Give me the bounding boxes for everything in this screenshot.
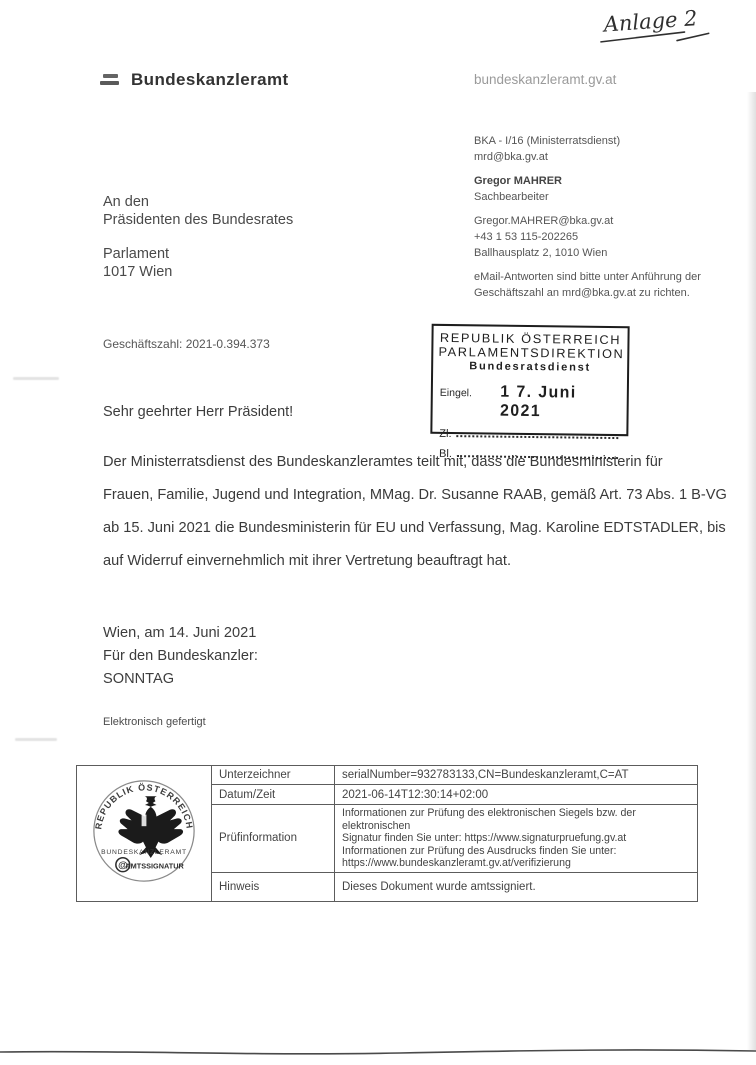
page-edge-shadow: [747, 92, 756, 1050]
contact-note: eMail-Antworten sind bitte unter Anführu…: [474, 269, 701, 301]
scan-smudge: [13, 377, 59, 380]
sig-row-value: Dieses Dokument wurde amtssigniert.: [335, 872, 698, 901]
contact-name: Gregor MAHRER: [474, 173, 701, 189]
contact-phone: +43 1 53 115-202265: [474, 229, 701, 245]
recipient-line4: 1017 Wien: [103, 263, 293, 281]
recipient-block: An den Präsidenten des Bundesrates Parla…: [103, 193, 293, 281]
signer-name: SONNTAG: [103, 668, 258, 691]
sig-row-label: Prüfinformation: [212, 805, 335, 873]
reference-number: Geschäftszahl: 2021-0.394.373: [103, 337, 270, 351]
contact-address: Ballhausplatz 2, 1010 Wien: [474, 245, 701, 261]
org-title: Bundeskanzleramt: [131, 70, 289, 90]
seal-bottom-text: AMTSSIGNATUR: [125, 862, 184, 871]
signer-intro: Für den Bundeskanzler:: [103, 645, 258, 668]
table-row: REPUBLIK ÖSTERREICH BUNDESKANZLERAMT @ A…: [77, 766, 698, 785]
receipt-stamp: REPUBLIK ÖSTERREICH PARLAMENTSDIREKTION …: [430, 324, 629, 436]
contact-unit-email: mrd@bka.gv.at: [474, 149, 701, 165]
sig-row-value: serialNumber=932783133,CN=Bundeskanzlera…: [335, 766, 698, 785]
official-seal-cell: REPUBLIK ÖSTERREICH BUNDESKANZLERAMT @ A…: [77, 766, 212, 902]
contact-email: Gregor.MAHRER@bka.gv.at: [474, 213, 701, 229]
official-seal: REPUBLIK ÖSTERREICH BUNDESKANZLERAMT @ A…: [91, 778, 197, 884]
scan-smudge: [15, 738, 57, 741]
signature-table: REPUBLIK ÖSTERREICH BUNDESKANZLERAMT @ A…: [76, 765, 698, 902]
contact-block: BKA - I/16 (Ministerratsdienst) mrd@bka.…: [474, 133, 701, 301]
salutation: Sehr geehrter Herr Präsident!: [103, 404, 293, 420]
stamp-zl-dotted-line: [457, 435, 619, 439]
page-bottom-scan-line: [0, 1042, 756, 1062]
closing-block: Wien, am 14. Juni 2021 Für den Bundeskan…: [103, 622, 258, 691]
stamp-received-label: Eingel.: [440, 387, 472, 399]
sig-row-label: Hinweis: [212, 872, 335, 901]
contact-role: Sachbearbeiter: [474, 189, 701, 205]
place-date: Wien, am 14. Juni 2021: [103, 622, 258, 645]
recipient-line3: Parlament: [103, 245, 293, 263]
sig-row-label: Datum/Zeit: [212, 785, 335, 805]
stamp-zl-label: Zl.: [439, 428, 451, 440]
body-paragraph: Der Ministerratsdienst des Bundeskanzler…: [103, 446, 748, 578]
scanned-letter-page: Anlage 2 Bundeskanzleramt bundeskanzlera…: [0, 0, 756, 1065]
sig-row-value: Informationen zur Prüfung des elektronis…: [335, 805, 698, 873]
sig-row-label: Unterzeichner: [212, 766, 335, 785]
signed-electronically-note: Elektronisch gefertigt: [103, 716, 206, 728]
org-website: bundeskanzleramt.gv.at: [474, 72, 616, 87]
handwritten-annotation: Anlage 2: [596, 2, 726, 50]
recipient-line1: An den: [103, 193, 293, 211]
stamp-line3: Bundesratsdienst: [440, 360, 620, 374]
stamp-received-date: 1 7. Juni 2021: [500, 383, 617, 422]
sig-row-value: 2021-06-14T12:30:14+02:00: [335, 785, 698, 805]
recipient-line2: Präsidenten des Bundesrates: [103, 211, 293, 229]
seal-org-text: BUNDESKANZLERAMT: [101, 849, 187, 856]
flag-bars-icon: [100, 73, 120, 87]
stamp-line2: PARLAMENTSDIREKTION: [438, 345, 622, 361]
contact-unit: BKA - I/16 (Ministerratsdienst): [474, 133, 701, 149]
